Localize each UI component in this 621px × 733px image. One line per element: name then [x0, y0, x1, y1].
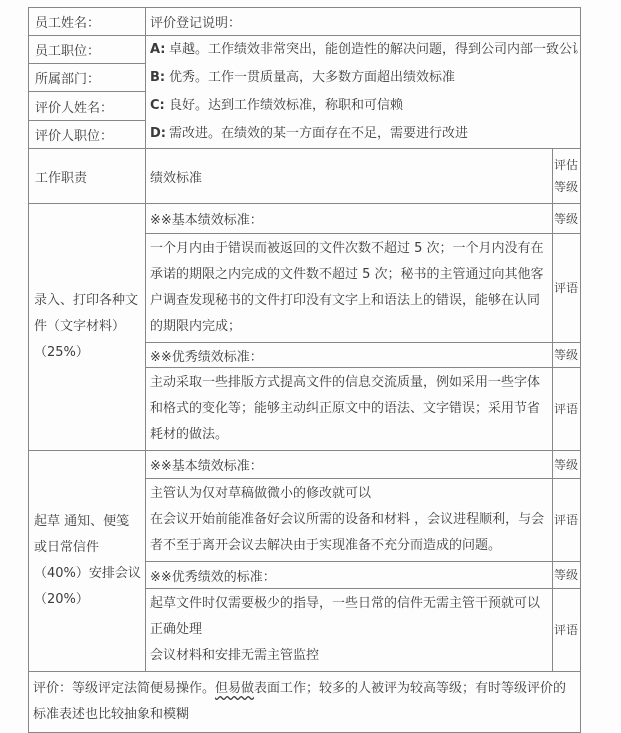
section1-basic-standard-text: 一个月内由于错误而被返回的文件次数不超过 5 次；一个月内没有在承诺的期限之内完… [146, 234, 553, 343]
grade-line-b: B:优秀。工作一贯质量高，大多数方面超出绩效标准 [150, 64, 578, 92]
col-header-standard: 绩效标准 [146, 149, 553, 204]
section2-excellent-comment-tag: 评语 [553, 589, 581, 672]
grade-key-a: A: [150, 36, 169, 64]
section2-basic-comment-tag: 评语 [553, 479, 581, 562]
footer-row: 评价：等级评定法简便易操作。但易做表面工作；较多的人被评为较高等级；有时等级评价… [29, 672, 581, 733]
grade-line-a: A:卓越。工作绩效非常突出，能创造性的解决问题，得到公司内部一致公认 [150, 36, 578, 64]
grade-text-a: 卓越。工作绩效非常突出，能创造性的解决问题，得到公司内部一致公认 [169, 42, 578, 57]
col-header-rating-line1: 评估 [554, 154, 579, 176]
section2-basic-grade-tag: 等级 [553, 451, 581, 479]
section2-duty: 起草 通知、便笺或日常信件 （40%）安排会议（20%） [29, 451, 146, 672]
section1-excellent-standard-text: 主动采取一些排版方式提高文件的信息交流质量，例如采用一些字体和格式的变化等；能够… [146, 368, 553, 451]
grade-legend: A:卓越。工作绩效非常突出，能创造性的解决问题，得到公司内部一致公认 B:优秀。… [146, 36, 581, 149]
field-department: 所属部门： [29, 64, 146, 92]
evaluation-note: 评价：等级评定法简便易操作。但易做表面工作；较多的人被评为较高等级；有时等级评价… [29, 672, 581, 733]
section1-excellent-comment-tag: 评语 [553, 368, 581, 451]
section2-excellent-grade-tag: 等级 [553, 562, 581, 589]
grade-key-c: C: [150, 92, 169, 120]
section2-basic-standard-text: 主管认为仅对草稿做微小的修改就可以 在会议开始前能准备好会议所需的设备和材料 ，… [146, 479, 553, 562]
section2-excellent-standard-label: ※※优秀绩效的标准： [146, 562, 553, 589]
grade-line-d: D:需改进。在绩效的某一方面存在不足，需要进行改进 [150, 120, 578, 148]
section2-basic-standard-label: ※※基本绩效标准： [146, 451, 553, 479]
field-evaluator-position: 评价人职位： [29, 121, 146, 149]
section2-excellent-standard-text: 起草文件时仅需要极少的指导，一些日常的信件无需主管干预就可以正确处理 会议材料和… [146, 589, 553, 672]
column-header-row: 工作职责 绩效标准 评估 等级 [29, 149, 581, 204]
performance-evaluation-table: 员工姓名： 评价登记说明： 员工职位： A:卓越。工作绩效非常突出，能创造性的解… [28, 7, 581, 733]
evaluation-note-prefix: 评价：等级评定法简便易操作。 [33, 681, 215, 696]
info-row-1: 员工姓名： 评价登记说明： [29, 8, 581, 36]
col-header-rating: 评估 等级 [553, 149, 581, 204]
section1-basic-standard-label: ※※基本绩效标准： [146, 204, 553, 234]
grade-line-c: C:良好。达到工作绩效标准，称职和可信赖 [150, 92, 578, 120]
document-page: 员工姓名： 评价登记说明： 员工职位： A:卓越。工作绩效非常突出，能创造性的解… [0, 0, 621, 733]
section1-basic-header-row: 录入、打印各种文件（文字材料）（25%） ※※基本绩效标准： 等级 [29, 204, 581, 234]
grade-text-d: 需改进。在绩效的某一方面存在不足，需要进行改进 [169, 126, 468, 141]
field-employee-name: 员工姓名： [29, 8, 146, 36]
section2-basic-header-row: 起草 通知、便笺或日常信件 （40%）安排会议（20%） ※※基本绩效标准： 等… [29, 451, 581, 479]
grade-text-b: 优秀。工作一贯质量高，大多数方面超出绩效标准 [169, 70, 455, 85]
evaluation-note-underlined: 但易做 [215, 681, 254, 696]
section1-duty: 录入、打印各种文件（文字材料）（25%） [29, 204, 146, 451]
grade-text-c: 良好。达到工作绩效标准，称职和可信赖 [169, 98, 403, 113]
col-header-duty: 工作职责 [29, 149, 146, 204]
section1-basic-comment-tag: 评语 [553, 234, 581, 343]
field-employee-position: 员工职位： [29, 36, 146, 64]
section1-basic-grade-tag: 等级 [553, 204, 581, 234]
section1-excellent-grade-tag: 等级 [553, 343, 581, 368]
grade-key-b: B: [150, 64, 169, 92]
field-evaluator-name: 评价人姓名： [29, 92, 146, 121]
section1-excellent-standard-label: ※※优秀绩效标准： [146, 343, 553, 368]
grade-key-d: D: [150, 120, 169, 148]
legend-title: 评价登记说明： [146, 8, 581, 36]
col-header-rating-line2: 等级 [554, 176, 579, 198]
info-row-2: 员工职位： A:卓越。工作绩效非常突出，能创造性的解决问题，得到公司内部一致公认… [29, 36, 581, 64]
